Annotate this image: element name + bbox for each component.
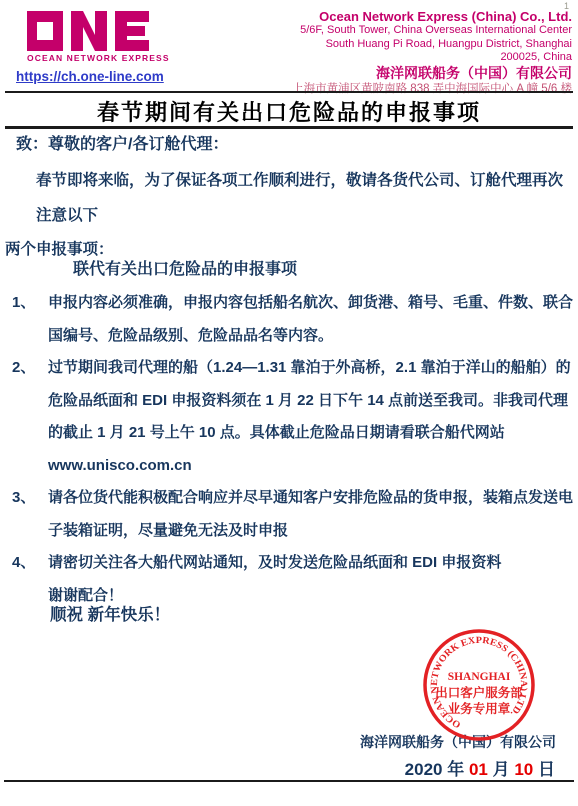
- list-item: 2、 过节期间我司代理的船（1.24—1.31 靠泊于外高桥，2.1 靠泊于洋山…: [12, 352, 573, 482]
- company-name-en: Ocean Network Express (China) Co., Ltd.: [292, 9, 572, 24]
- logo-subtext: OCEAN NETWORK EXPRESS: [27, 53, 157, 63]
- salutation: 致：尊敬的客户/各订舱代理：: [16, 131, 228, 154]
- item-text: 请各位货代能积极配合响应并尽早通知客户安排危险品的货申报，装箱点发送电子装箱证明…: [48, 482, 573, 547]
- company-address-block: Ocean Network Express (China) Co., Ltd. …: [292, 9, 572, 97]
- address-line-2: South Huang Pi Road, Huangpu District, S…: [292, 38, 572, 52]
- date-month-label: 月: [493, 760, 510, 779]
- section-subheading: 联代有关出口危险品的申报事项: [73, 256, 297, 279]
- logo-text: ONE: [0, 0, 1, 1]
- logo-letter-n: [71, 11, 107, 51]
- website-link[interactable]: https://ch.one-line.com: [16, 69, 164, 84]
- date-day: 10: [514, 760, 533, 779]
- declaration-items-list: 1、 申报内容必须准确，申报内容包括船名航次、卸货港、箱号、毛重、件数、联合国编…: [12, 287, 573, 612]
- stamp-ring: [425, 631, 533, 739]
- date-year: 2020: [405, 760, 443, 779]
- item-number: 1、: [12, 287, 48, 352]
- item-text: 过节期间我司代理的船（1.24—1.31 靠泊于外高桥，2.1 靠泊于洋山的船舶…: [48, 352, 573, 482]
- stamp-line3: 业务专用章: [448, 701, 511, 716]
- date-year-label: 年: [447, 760, 464, 779]
- logo-letter-e: [115, 11, 149, 51]
- footer-divider: [4, 780, 574, 782]
- one-logo: [27, 11, 149, 51]
- date-day-label: 日: [538, 760, 555, 779]
- address-line-3: 200025, China: [292, 51, 572, 65]
- item-number: 2、: [12, 352, 48, 482]
- document-page: 1 ONE OCEAN NETWORK EXPRESS https://ch.o…: [0, 0, 578, 806]
- list-item: 4、 请密切关注各大船代网站通知，及时发送危险品纸面和 EDI 申报资料: [12, 547, 573, 580]
- intro-line-1: 春节即将来临，为了保证各项工作顺利进行，敬请各货代公司、订舱代理再次注意以下: [5, 164, 572, 233]
- item-text: 申报内容必须准确，申报内容包括船名航次、卸货港、箱号、毛重、件数、联合国编号、危…: [48, 287, 573, 352]
- company-stamp: OCEAN NETWORK EXPRESS (CHINA) LTD. SHANG…: [421, 627, 537, 743]
- date-month: 01: [469, 760, 488, 779]
- list-item: 3、 请各位货代能积极配合响应并尽早通知客户安排危险品的货申报，装箱点发送电子装…: [12, 482, 573, 547]
- logo-letter-o: [27, 11, 63, 51]
- intro-paragraph: 春节即将来临，为了保证各项工作顺利进行，敬请各货代公司、订舱代理再次注意以下 两…: [5, 164, 572, 268]
- signature-date: 2020 年 01 月 10 日: [405, 755, 555, 780]
- address-line-1: 5/6F, South Tower, China Overseas Intern…: [292, 24, 572, 38]
- title-divider: [5, 126, 573, 129]
- header-divider: [5, 91, 573, 93]
- stamp-line1: SHANGHAI: [448, 671, 511, 683]
- new-year-wish: 顺祝 新年快乐！: [50, 601, 170, 625]
- company-name-cn: 海洋网联船务（中国）有限公司: [292, 65, 572, 82]
- item-text: 请密切关注各大船代网站通知，及时发送危险品纸面和 EDI 申报资料: [48, 547, 573, 580]
- item-number: 4、: [12, 547, 48, 580]
- item-number: 3、: [12, 482, 48, 547]
- document-title: 春节期间有关出口危险品的申报事项: [0, 96, 578, 127]
- stamp-line2: 出口客户服务部: [435, 685, 523, 700]
- address-cn: 上海市黄浦区黄陂南路 838 弄中海国际中心 A 幢 5/6 楼: [292, 82, 572, 97]
- list-item: 1、 申报内容必须准确，申报内容包括船名航次、卸货港、箱号、毛重、件数、联合国编…: [12, 287, 573, 352]
